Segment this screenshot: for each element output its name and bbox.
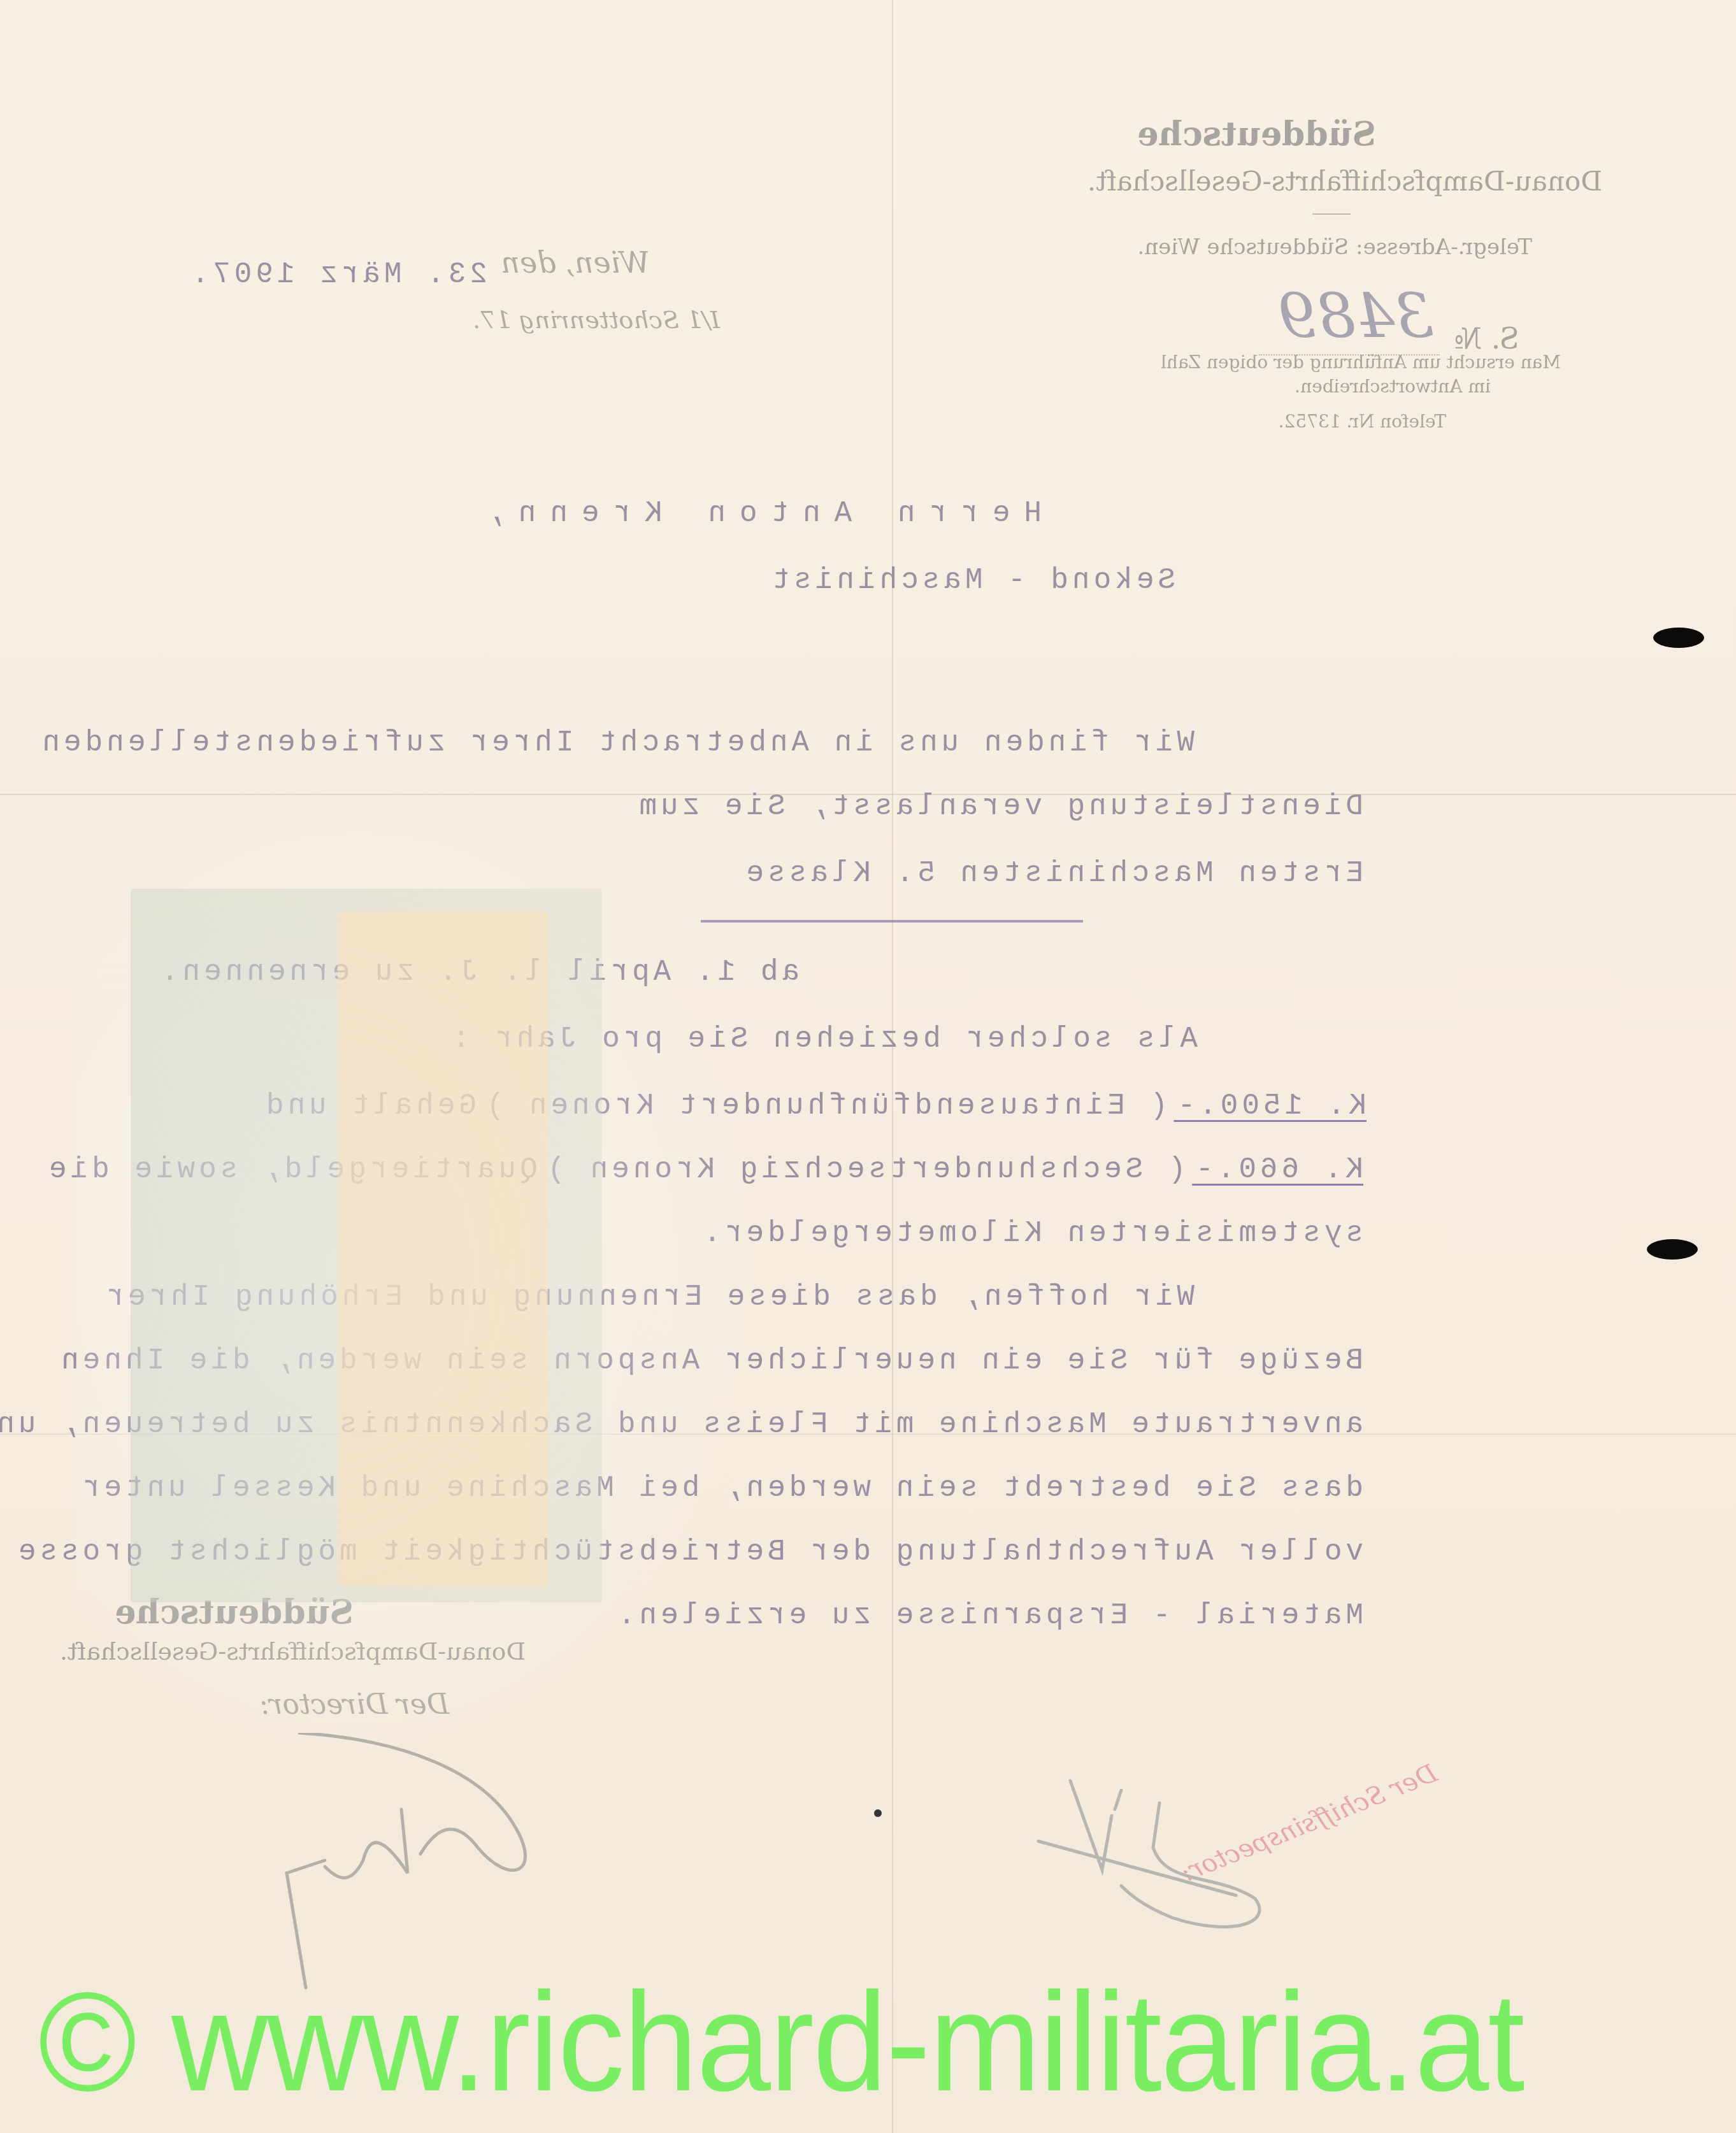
letterhead-telephone: Telefon Nr. 13752.: [1279, 411, 1446, 432]
recipient-title: Sekond - Maschinist: [769, 564, 1176, 597]
body-p1-line3: Ersten Maschinisten 5. Klasse: [742, 857, 1363, 890]
salary-amount-1: K. 1500.-: [1174, 1089, 1367, 1123]
body-p1-line1: Wir finden uns in Anbetracht Ihrer zufri…: [38, 726, 1194, 759]
salary-amount-2: K. 660.-: [1192, 1153, 1363, 1186]
copyright-watermark: © www.richard-militaria.at: [38, 1972, 1720, 2113]
punch-hole-top: [1653, 628, 1704, 648]
letterhead-divider: [1312, 213, 1351, 215]
letterhead-telegram-address: Telegr.-Adresse: Süddeutsche Wien.: [1138, 234, 1532, 260]
background-label-shadow: [338, 911, 548, 1586]
reference-note-line2: im Antwortschreiben.: [1295, 376, 1491, 397]
letterhead-company-line1: Süddeutsche: [1137, 115, 1376, 154]
director-signature: [210, 1733, 592, 2000]
dateline-date: 23. März 1907.: [188, 258, 487, 291]
inspector-signature: [1026, 1777, 1312, 1943]
reference-note-line1: Man ersucht um Anführung der obigen Zahl: [1161, 352, 1561, 373]
dateline-address: I/1 Schottenring 17.: [473, 306, 720, 334]
body-p2-tail: systemisierten Kilometergelder.: [699, 1217, 1363, 1250]
ink-dot: [874, 1809, 882, 1817]
punch-hole-bottom: [1647, 1239, 1698, 1260]
letterhead-company-line2: Donau-Dampfschiffahrts-Gesellschaft.: [1087, 166, 1602, 197]
reference-prefix: S. №: [1454, 321, 1519, 355]
recipient-name: Herrn Anton Krenn,: [473, 497, 1042, 530]
reference-number: 3489: [1259, 280, 1440, 355]
dateline-place: Wien, den: [501, 245, 650, 280]
reference-number-block: S. № 3489: [1259, 280, 1519, 355]
